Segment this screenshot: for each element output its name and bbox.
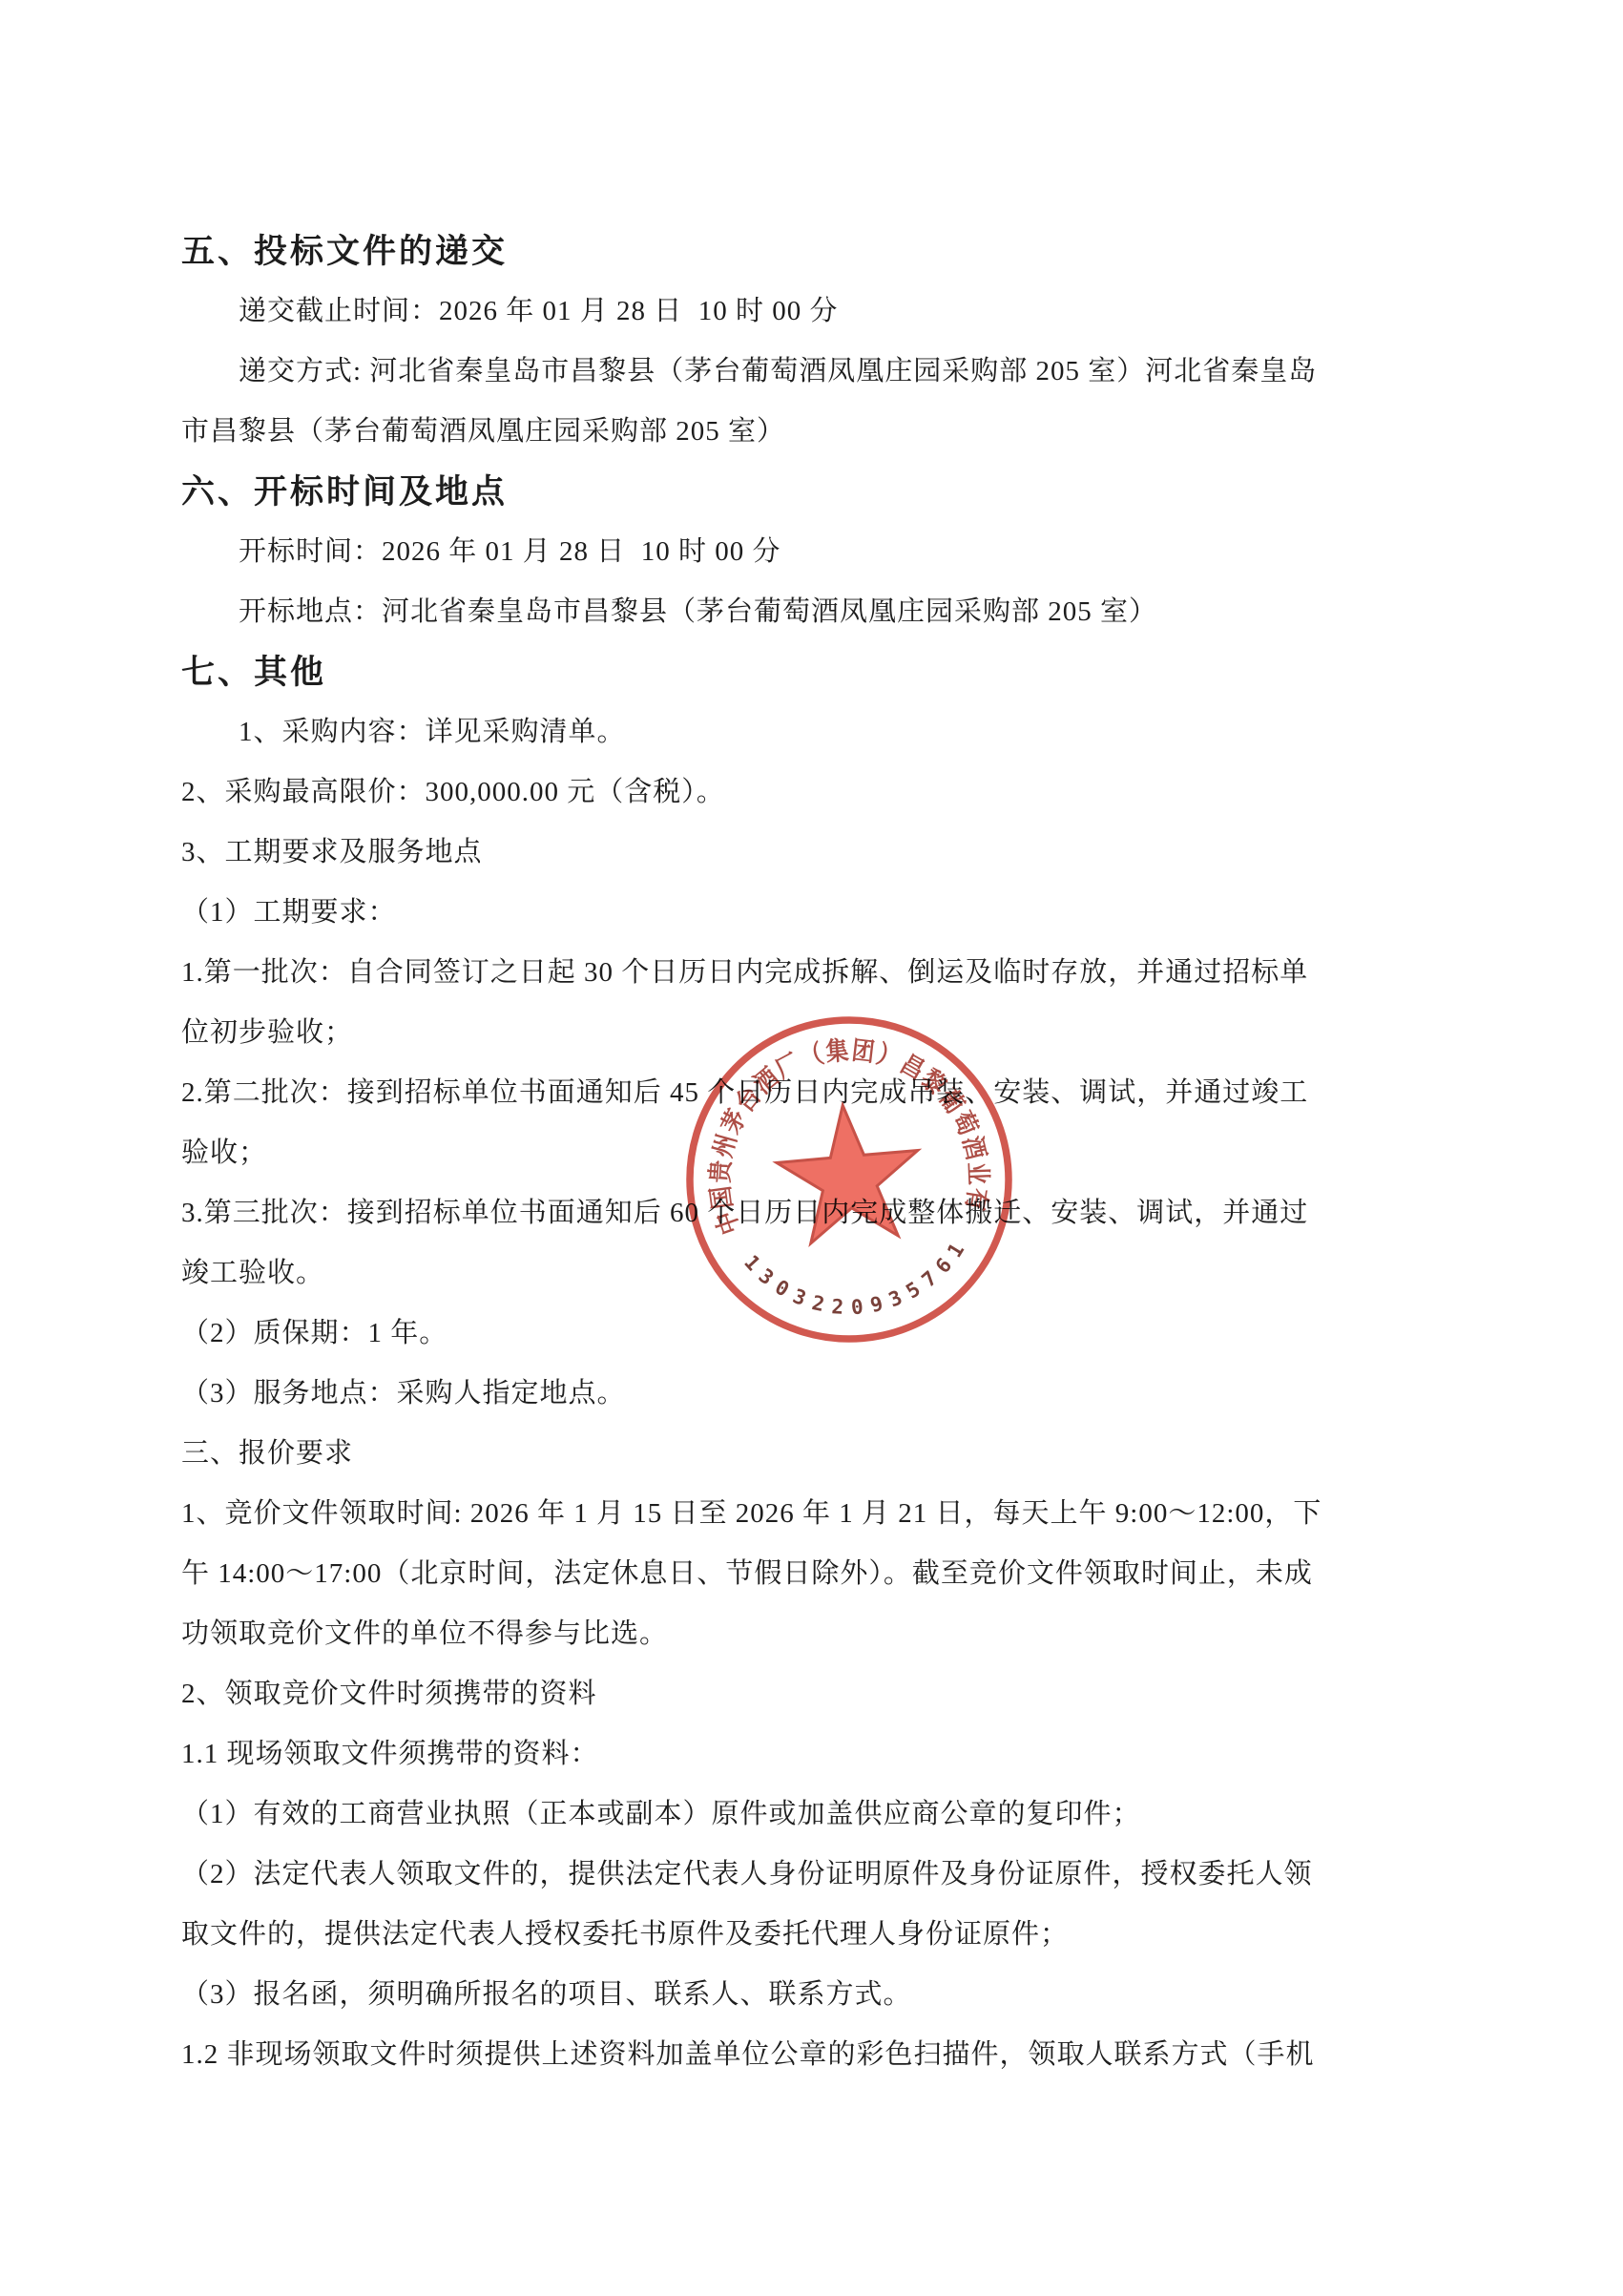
text-line: 3、工期要求及服务地点 (181, 823, 1450, 883)
text-line: 开标时间：2026 年 01 月 28 日 10 时 00 分 (181, 522, 1450, 582)
text-line: 取文件的，提供法定代表人授权委托书原件及委托代理人身份证原件； (181, 1905, 1450, 1965)
text-line: 功领取竞价文件的单位不得参与比选。 (181, 1604, 1450, 1664)
text-line: 午 14:00～17:00（北京时间，法定休息日、节假日除外）。截至竞价文件领取… (181, 1544, 1450, 1604)
text-line: （3）服务地点：采购人指定地点。 (181, 1364, 1450, 1424)
stamp-graphic: 中国贵州茅台酒厂（集团）昌黎葡萄酒业有限公司 1303220935761 (659, 990, 1040, 1370)
text-line: 2、领取竞价文件时须携带的资料 (181, 1664, 1450, 1724)
section-heading: 五、投标文件的递交 (181, 221, 1450, 282)
text-line: 1.第一批次：自合同签订之日起 30 个日历日内完成拆解、倒运及临时存放，并通过… (181, 943, 1450, 1003)
text-line: （1）有效的工商营业执照（正本或副本）原件或加盖供应商公章的复印件； (181, 1785, 1450, 1845)
text-line: 递交方式: 河北省秦皇岛市昌黎县（茅台葡萄酒凤凰庄园采购部 205 室）河北省秦… (181, 342, 1450, 402)
text-line: 开标地点：河北省秦皇岛市昌黎县（茅台葡萄酒凤凰庄园采购部 205 室） (181, 582, 1450, 642)
star-icon (772, 1099, 925, 1245)
text-line: 1.1 现场领取文件须携带的资料： (181, 1724, 1450, 1785)
text-line: 三、报价要求 (181, 1424, 1450, 1484)
text-line: 递交截止时间：2026 年 01 月 28 日 10 时 00 分 (181, 282, 1450, 342)
text-line: 1.2 非现场领取文件时须提供上述资料加盖单位公章的彩色扫描件，领取人联系方式（… (181, 2025, 1450, 2085)
section-heading: 七、其他 (181, 642, 1450, 702)
text-line: （3）报名函，须明确所报名的项目、联系人、联系方式。 (181, 1965, 1450, 2025)
company-seal-stamp: 中国贵州茅台酒厂（集团）昌黎葡萄酒业有限公司 1303220935761 (659, 990, 1040, 1370)
section-heading: 六、开标时间及地点 (181, 462, 1450, 522)
document-page: 五、投标文件的递交递交截止时间：2026 年 01 月 28 日 10 时 00… (0, 0, 1623, 2296)
text-line: （2）法定代表人领取文件的，提供法定代表人身份证明原件及身份证原件，授权委托人领 (181, 1845, 1450, 1905)
text-line: 1、竞价文件领取时间: 2026 年 1 月 15 日至 2026 年 1 月 … (181, 1484, 1450, 1544)
stamp-number: 1303220935761 (739, 1230, 979, 1328)
text-line: 1、采购内容：详见采购清单。 (181, 702, 1450, 762)
text-line: 市昌黎县（茅台葡萄酒凤凰庄园采购部 205 室） (181, 402, 1450, 462)
text-line: 2、采购最高限价：300,000.00 元（含税）。 (181, 762, 1450, 823)
text-line: （1）工期要求： (181, 883, 1450, 943)
